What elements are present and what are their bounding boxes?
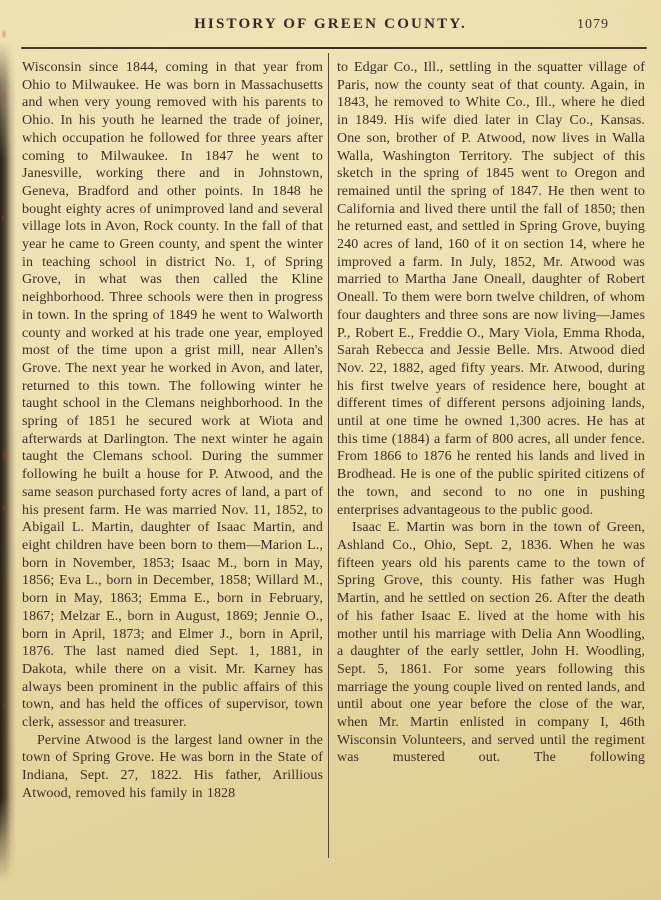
paragraph-continuation-karney: Wisconsin since 1844, coming in that yea…	[22, 59, 323, 732]
running-header-title: HISTORY OF GREEN COUNTY.	[0, 16, 661, 33]
paragraph-isaac-martin: Isaac E. Martin was born in the town of …	[337, 519, 645, 767]
paragraph-pervine-atwood: Pervine Atwood is the largest land owner…	[22, 732, 323, 803]
paragraph-continuation-atwood: to Edgar Co., Ill., settling in the squa…	[337, 59, 645, 519]
right-text-column: to Edgar Co., Ill., settling in the squa…	[337, 59, 645, 883]
left-text-column: Wisconsin since 1844, coming in that yea…	[22, 59, 323, 859]
book-page: HISTORY OF GREEN COUNTY. 1079 Wisconsin …	[0, 0, 661, 900]
running-header: HISTORY OF GREEN COUNTY. 1079	[0, 16, 661, 38]
column-divider-rule	[328, 53, 329, 858]
page-number: 1079	[577, 17, 609, 33]
header-rule	[21, 47, 647, 49]
binding-edge-marks	[0, 0, 14, 900]
